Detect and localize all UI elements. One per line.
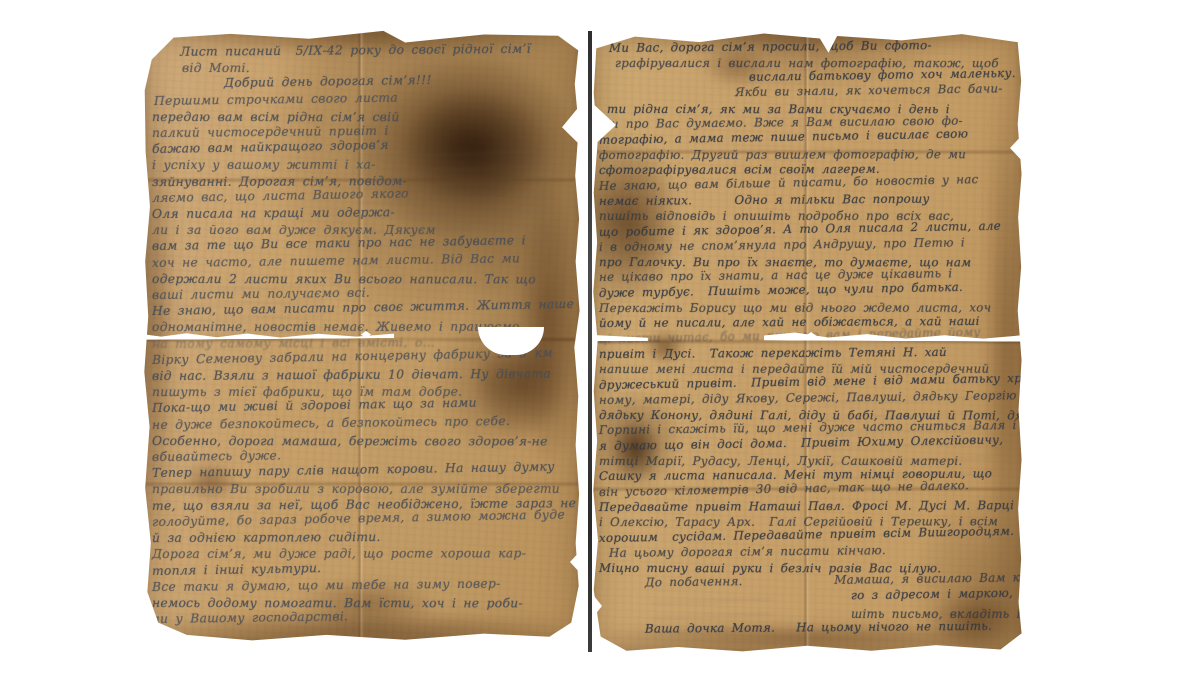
handwritten-line: На цьому дорогая сім’я писати кінчаю. — [599, 542, 1017, 561]
handwritten-line: від нас. Взяли з нашої фабрики 10 дівчат… — [152, 366, 574, 385]
letter-page-1: Лист писаний 5/ІХ-42 року до своєї рідно… — [143, 29, 580, 641]
handwritten-line: Ваша дочка Мотя. На цьому нічого не пиші… — [599, 619, 1017, 638]
handwritten-line: немає ніяких. Одно я тільки Вас попрошу — [599, 191, 1017, 209]
handwritten-line: й за однією картоплею сидіти. — [152, 528, 574, 546]
handwritten-line: Лист писаний 5/ІХ-42 року до своєї рідно… — [152, 40, 574, 60]
letter-scan: Лист писаний 5/ІХ-42 року до своєї рідно… — [0, 0, 1200, 675]
handwritten-line: і успіху у вашому житті і ха- — [152, 156, 574, 173]
handwritten-line: Все таки я думаю, що ми тебе на зиму пов… — [152, 575, 574, 595]
scan-edge-shadow — [588, 31, 592, 652]
handwritten-line: привіт і Дусі. Також перекажіть Тетяні Н… — [599, 344, 1017, 362]
handwritten-line: Ми Вас, дорога сім’я просили, щоб Ви сфо… — [599, 37, 1017, 56]
handwritten-line: Оля писала на кращі ми одержа- — [152, 203, 574, 222]
letter-page-2: Ми Вас, дорога сім’я просили, щоб Ви сфо… — [592, 31, 1022, 652]
handwritten-line: Передавайте привіт Наташі Павл. Фросі М.… — [599, 498, 1017, 515]
